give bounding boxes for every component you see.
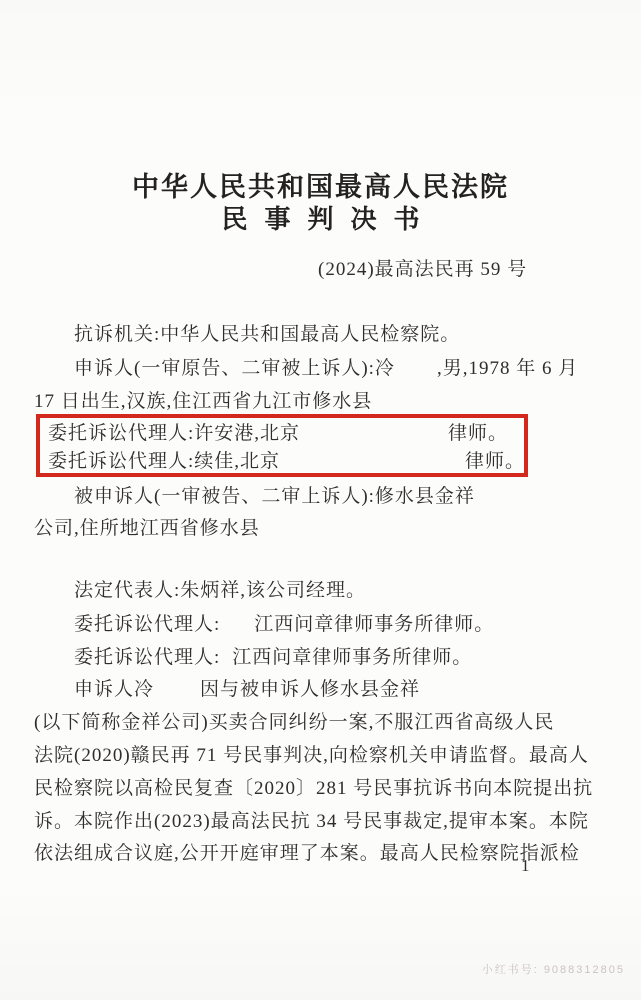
agent3-line: 委托诉讼代理人:江西问章律师事务所律师。 <box>34 612 641 637</box>
paragraph-line: 法院(2020)赣民再 71 号民事判决,向检察机关申请监督。最高人 <box>34 743 612 768</box>
agent4-line: 委托诉讼代理人:江西问章律师事务所律师。 <box>34 645 641 670</box>
judgment-document-page: 中华人民共和国最高人民法院 民事判决书 (2024)最高法民再 59 号 抗诉机… <box>0 0 641 1000</box>
redacted-gap <box>220 662 232 663</box>
case-intro-b: 因与被申诉人修水县金祥 <box>200 679 420 700</box>
redacted-gap <box>395 373 437 374</box>
case-intro-a: 申诉人冷 <box>74 679 154 700</box>
petitioner-line-continued: 17 日出生,汉族,住江西省九江市修水县 <box>34 389 612 414</box>
agent3-firm: 江西问章律师事务所律师。 <box>254 614 494 635</box>
agent1-text: 委托诉讼代理人:许安港,北京 <box>48 423 300 444</box>
case-number: (2024)最高法民再 59 号 <box>318 254 527 281</box>
agent1-suffix: 律师。 <box>448 420 508 448</box>
agent4-label: 委托诉讼代理人: <box>74 647 220 668</box>
legal-representative-line: 法定代表人:朱炳祥,该公司经理。 <box>34 578 641 603</box>
agent2-suffix: 律师。 <box>465 448 525 476</box>
redacted-gap <box>154 694 200 695</box>
paragraph-line: 民检察院以高检民复查〔2020〕281 号民事抗诉书向本院提出抗 <box>34 776 612 801</box>
agent4-firm: 江西问章律师事务所律师。 <box>232 647 472 668</box>
agent2-text: 委托诉讼代理人:续佳,北京 <box>48 451 280 472</box>
petitioner-line: 申诉人(一审原告、二审被上诉人):冷,男,1978 年 6 月 <box>34 356 641 381</box>
respondent-line: 被申诉人(一审被告、二审上诉人):修水县金祥 <box>34 484 641 509</box>
case-intro-line: 申诉人冷因与被申诉人修水县金祥 <box>34 677 641 702</box>
red-highlight-box: 委托诉讼代理人:许安港,北京 律师。 委托诉讼代理人:续佳,北京 律师。 <box>36 414 528 477</box>
petitioner-text-b: ,男,1978 年 6 月 <box>437 358 578 379</box>
paragraph-line: (以下简称金祥公司)买卖合同纠纷一案,不服江西省高级人民 <box>34 710 612 735</box>
xiaohongshu-watermark: 小红书号: 9088312805 <box>482 961 625 977</box>
petitioner-text-a: 申诉人(一审原告、二审被上诉人):冷 <box>74 358 395 379</box>
paragraph-line: 诉。本院作出(2023)最高法民抗 34 号民事裁定,提审本案。本院 <box>34 809 612 834</box>
document-type-title: 民事判决书 <box>0 199 641 236</box>
agent2-line: 委托诉讼代理人:续佳,北京 律师。 <box>40 448 524 476</box>
prosecutor-organ-line: 抗诉机关:中华人民共和国最高人民检察院。 <box>34 322 641 347</box>
document-type-text: 民事判决书 <box>204 205 436 234</box>
agent3-label: 委托诉讼代理人: <box>74 614 220 635</box>
page-number: 1 <box>521 856 530 876</box>
agent1-line: 委托诉讼代理人:许安港,北京 律师。 <box>40 420 524 448</box>
redacted-gap <box>220 629 254 630</box>
respondent-line-continued: 公司,住所地江西省修水县 <box>34 516 612 541</box>
